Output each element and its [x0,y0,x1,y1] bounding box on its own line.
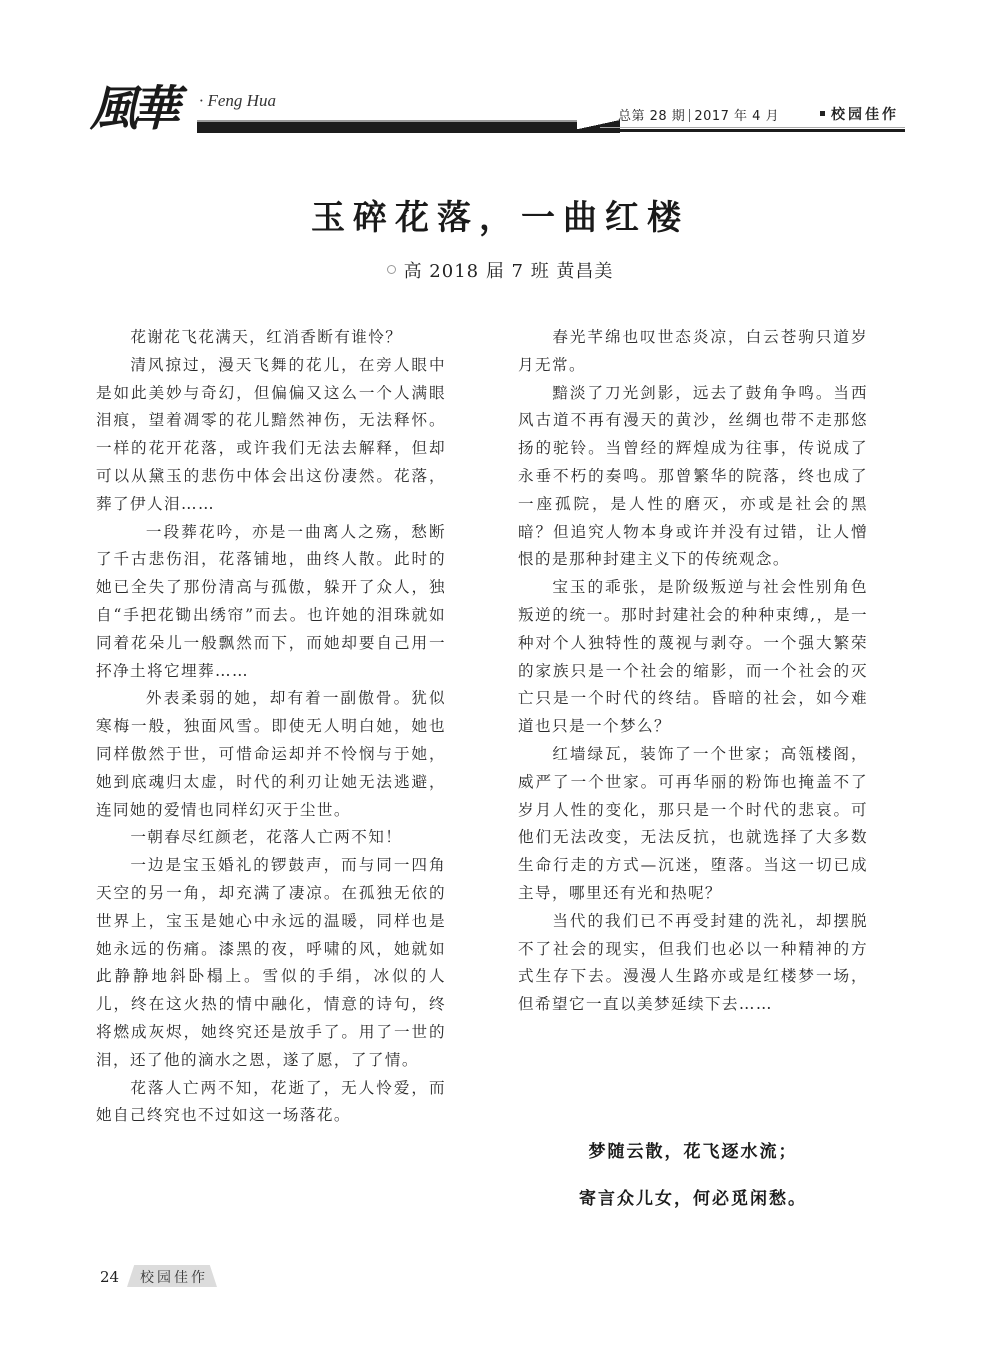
paragraph: 清风掠过，漫天飞舞的花儿，在旁人眼中是如此美妙与奇幻，但偏偏又这么一个人满眼泪痕… [96,352,446,519]
header-rule-thick [197,120,577,133]
paragraph: 一段葬花吟，亦是一曲离人之殇，愁断了千古悲伤泪，花落铺地，曲终人散。此时的她已全… [96,519,446,686]
logo-latin-text: · Feng Hua [199,91,276,111]
issue-info: 总第 28 期2017 年 4 月 [618,105,779,124]
column-name-text: 校园佳作 [831,107,899,123]
left-column: 花谢花飞花满天，红消香断有谁怜？ 清风掠过，漫天飞舞的花儿，在旁人眼中是如此美妙… [96,324,446,1130]
paragraph: 宝玉的乖张，是阶级叛逆与社会性别角色叛逆的统一。那时封建社会的种种束缚,，是一种… [518,574,868,741]
paragraph: 当代的我们已不再受封建的洗礼，却摆脱不了社会的现实，但我们也必以一种精神的方式生… [518,908,868,1019]
paragraph: 春光芊绵也叹世态炎凉，白云苍驹只道岁月无常。 [518,324,868,380]
separator [689,109,690,122]
issue-date: 2017 年 4 月 [694,109,779,124]
issue-number: 总第 28 期 [618,109,685,124]
page-number: 24 [100,1268,119,1286]
header-rule-highlight [600,127,905,128]
header-rule-thin [577,129,905,132]
paragraph: 一朝春尽红颜老，花落人亡两不知！ [96,824,446,852]
closing-poem-line-2: 寄言众儿女，何必觅闲愁。 [518,1184,868,1209]
byline-text: 高 2018 届 7 班 黄昌美 [404,261,614,282]
right-column: 春光芊绵也叹世态炎凉，白云苍驹只道岁月无常。 黯淡了刀光剑影，远去了鼓角争鸣。当… [518,324,868,1019]
footer-section-label: 校园佳作 [140,1267,208,1287]
paragraph: 花谢花飞花满天，红消香断有谁怜？ [96,324,446,352]
paragraph: 花落人亡两不知，花逝了，无人怜爱，而她自己终究也不过如这一场落花。 [96,1075,446,1131]
article-title: 玉碎花落，一曲红楼 [0,190,1000,239]
paragraph: 红墙绿瓦，装饰了一个世家；高瓴楼阁，威严了一个世家。可再华丽的粉饰也掩盖不了岁月… [518,741,868,908]
circle-bullet-icon [387,265,396,274]
closing-poem-line-1: 梦随云散，花飞逐水流； [518,1137,868,1162]
article-byline: 高 2018 届 7 班 黄昌美 [0,257,1000,283]
logo-calligraphy: 風華 [90,81,174,137]
square-bullet-icon [820,111,825,116]
magazine-logo: 風華 [90,78,200,140]
paragraph: 外表柔弱的她，却有着一副傲骨。犹似寒梅一般，独面风雪。即使无人明白她，她也同样傲… [96,685,446,824]
paragraph: 黯淡了刀光剑影，远去了鼓角争鸣。当西风古道不再有漫天的黄沙，丝绸也带不走那悠扬的… [518,380,868,575]
paragraph: 一边是宝玉婚礼的锣鼓声，而与同一四角天空的另一角，却充满了凄凉。在孤独无依的世界… [96,852,446,1074]
column-name: 校园佳作 [820,104,899,124]
